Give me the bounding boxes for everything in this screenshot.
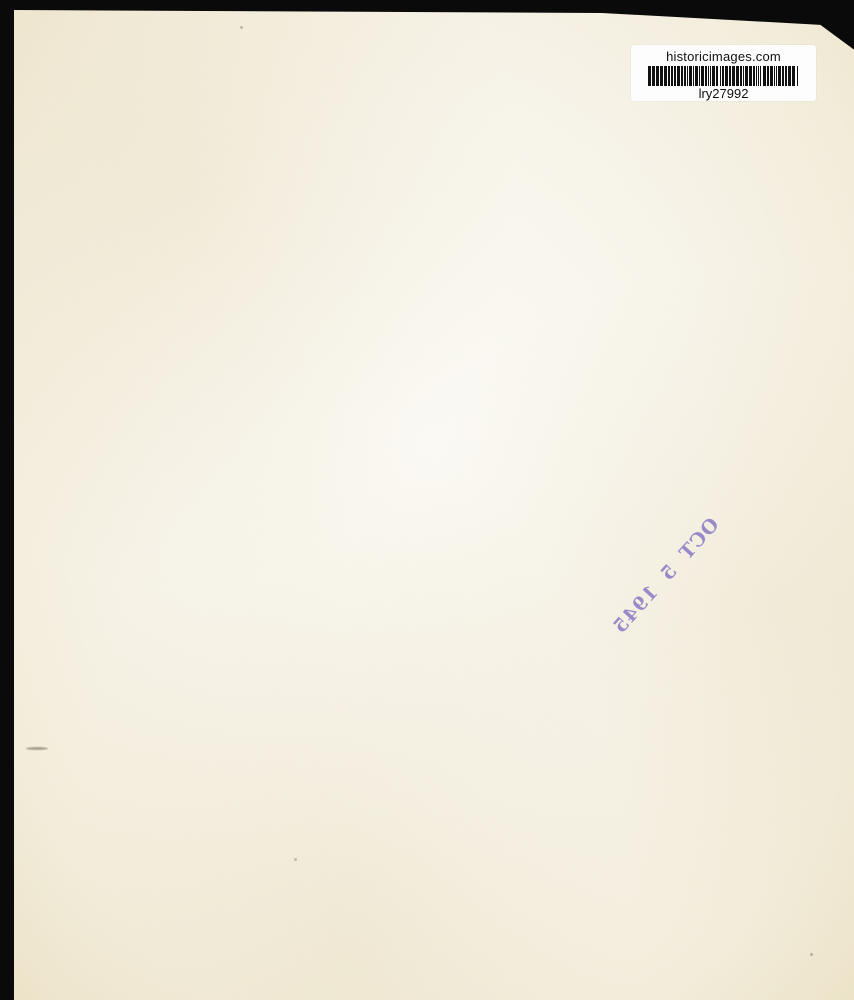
- speck-mark: [294, 858, 297, 861]
- smudge-mark: [26, 747, 48, 750]
- label-id-text: lry27992: [631, 87, 816, 101]
- photo-back-paper: [14, 10, 854, 1000]
- archive-barcode-label: historicimages.com lry27992: [631, 45, 816, 101]
- barcode-icon: [643, 66, 805, 86]
- speck-mark: [810, 953, 813, 956]
- label-site-text: historicimages.com: [631, 50, 816, 64]
- speck-mark: [240, 26, 243, 29]
